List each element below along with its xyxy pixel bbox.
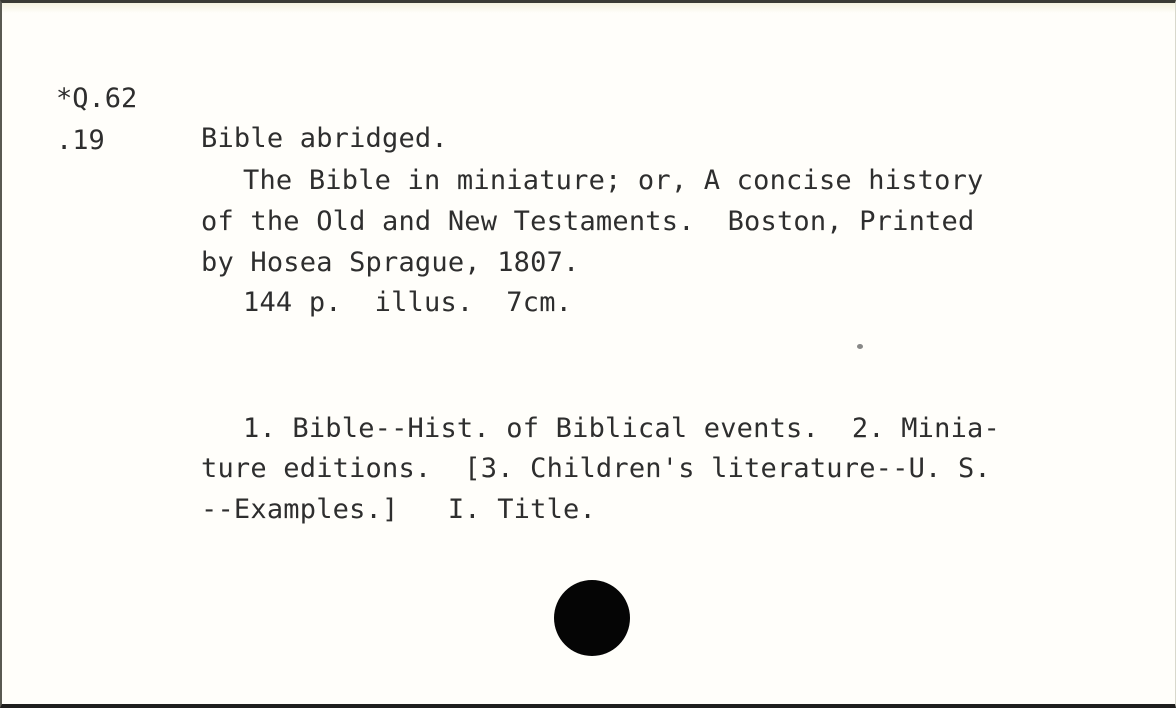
call-number-line-2: .19	[56, 127, 105, 154]
tracing-line-1: 1. Bible--Hist. of Biblical events. 2. M…	[243, 415, 1000, 442]
ink-speck	[857, 344, 863, 349]
imprint-line: by Hosea Sprague, 1807.	[201, 249, 579, 276]
call-number-line-1: *Q.62	[56, 85, 137, 112]
main-heading: Bible abridged.	[201, 125, 448, 152]
collation-line: 144 p. illus. 7cm.	[243, 289, 572, 316]
punch-hole-icon	[554, 580, 630, 656]
card-edge-shading	[2, 3, 1175, 13]
title-line-2: of the Old and New Testaments. Boston, P…	[201, 208, 974, 235]
tracing-line-3: --Examples.] I. Title.	[201, 496, 596, 523]
title-line-1: The Bible in miniature; or, A concise hi…	[243, 167, 984, 194]
catalog-card: *Q.62 .19 Bible abridged. The Bible in m…	[0, 0, 1176, 708]
tracing-line-2: ture editions. [3. Children's literature…	[201, 455, 991, 482]
